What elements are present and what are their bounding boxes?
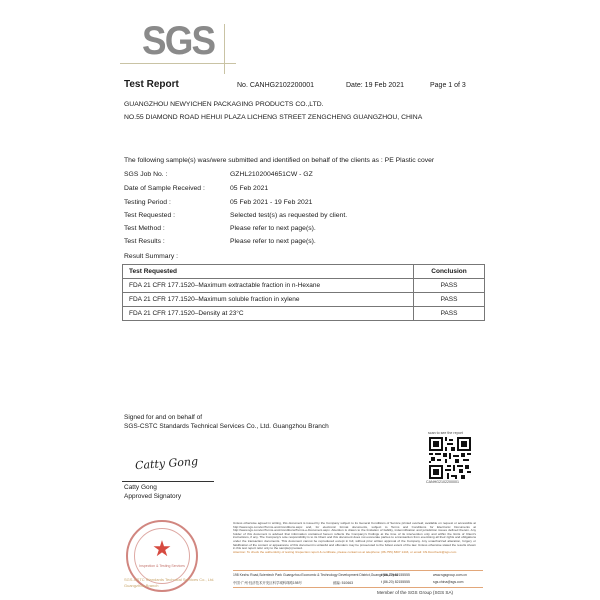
field-test-method: Test Method : Please refer to next page(…	[124, 225, 484, 235]
field-label: Testing Period :	[124, 199, 171, 206]
sgs-member-note: Member of the SGS Group (SGS SA)	[377, 590, 453, 595]
field-label: Test Method :	[124, 225, 165, 232]
signer-name: Catty Gong	[124, 483, 181, 492]
page-indicator: Page 1 of 3	[430, 82, 466, 89]
client-name: GUANGZHOU NEWYICHEN PACKAGING PRODUCTS C…	[124, 101, 324, 108]
report-title: Test Report	[124, 79, 179, 90]
report-header: Test Report No. CANHG2102200001 Date: 19…	[124, 81, 484, 95]
header-conclusion: Conclusion	[414, 265, 485, 279]
field-label: Test Results :	[124, 238, 165, 245]
footer-divider	[233, 570, 483, 571]
qr-code-icon[interactable]	[428, 437, 472, 479]
footer-email[interactable]: sgs.china@sgs.com	[433, 580, 463, 584]
qr-caption-top: scan to see the report	[428, 431, 463, 435]
field-label: SGS Job No. :	[124, 171, 167, 178]
qr-caption-bottom: CANHG2102200001	[426, 480, 459, 484]
legal-disclaimer: Unless otherwise agreed in writing, this…	[233, 522, 476, 554]
footer-phone-cn: t (86-20) 82155555	[381, 580, 410, 584]
seal-text: Inspection & Testing Services	[128, 564, 196, 569]
test-name: FDA 21 CFR 177.1520–Maximum soluble frac…	[123, 293, 414, 307]
field-label: Test Requested :	[124, 212, 175, 219]
handwritten-signature: Catty Gong	[135, 455, 199, 472]
report-number: No. CANHG2102200001	[237, 82, 314, 89]
result-summary-table: Test Requested Conclusion FDA 21 CFR 177…	[122, 264, 485, 321]
sgs-logo: SGS	[142, 18, 232, 64]
field-label: Date of Sample Received :	[124, 185, 205, 192]
field-test-requested: Test Requested : Selected test(s) as req…	[124, 212, 484, 222]
seal-footer: SGS-CSTC Standards Technical Services Co…	[124, 577, 234, 589]
footer-phone: t (86-20) 82155555	[381, 573, 410, 577]
client-address: NO.55 DIAMOND ROAD HEHUI PLAZA LICHENG S…	[124, 114, 422, 121]
signing-company: SGS-CSTC Standards Technical Services Co…	[124, 422, 329, 431]
header-test-requested: Test Requested	[123, 265, 414, 279]
field-value: Please refer to next page(s).	[230, 225, 316, 232]
report-date: Date: 19 Feb 2021	[346, 82, 404, 89]
result-summary-label: Result Summary :	[124, 253, 178, 260]
test-name: FDA 21 CFR 177.1520–Maximum extractable …	[123, 279, 414, 293]
table-header-row: Test Requested Conclusion	[123, 265, 485, 279]
table-row: FDA 21 CFR 177.1520–Density at 23°C PASS	[123, 307, 485, 321]
table-row: FDA 21 CFR 177.1520–Maximum extractable …	[123, 279, 485, 293]
logo-crosshair-horizontal	[120, 63, 236, 64]
field-testing-period: Testing Period : 05 Feb 2021 - 19 Feb 20…	[124, 199, 484, 209]
star-icon: ★	[128, 538, 196, 560]
footer-row-english: 198 Kezhu Road,Scientech Park Guangzhou …	[233, 573, 483, 579]
footer-address: 198 Kezhu Road,Scientech Park Guangzhou …	[233, 573, 398, 577]
field-value: 05 Feb 2021 - 19 Feb 2021	[230, 199, 312, 206]
field-job-no: SGS Job No. : GZHL2102004651CW - GZ	[124, 171, 484, 181]
field-value: 05 Feb 2021	[230, 185, 268, 192]
signed-for-block: Signed for and on behalf of SGS-CSTC Sta…	[124, 413, 329, 431]
signed-for-text: Signed for and on behalf of	[124, 413, 329, 422]
footer-divider-bottom	[233, 587, 483, 588]
sgs-logo-text: SGS	[142, 18, 214, 64]
seal-footer-line2: Guangzhou Branch	[124, 583, 234, 589]
signer-role: Approved Signatory	[124, 492, 181, 501]
table-row: FDA 21 CFR 177.1520–Maximum soluble frac…	[123, 293, 485, 307]
test-name: FDA 21 CFR 177.1520–Density at 23°C	[123, 307, 414, 321]
field-value: GZHL2102004651CW - GZ	[230, 171, 313, 178]
authenticity-warning: Attention: To check the authenticity of …	[233, 551, 476, 555]
signature-line	[122, 481, 214, 482]
signer-block: Catty Gong Approved Signatory	[124, 483, 181, 501]
disclaimer-text: Unless otherwise agreed in writing, this…	[233, 521, 476, 550]
field-value: Selected test(s) as requested by client.	[230, 212, 347, 219]
footer-row-chinese: 中国·广州·经济技术开发区科学城科珠路198号 邮编: 510663 t (86…	[233, 580, 483, 586]
logo-crosshair-vertical	[224, 24, 225, 74]
test-conclusion: PASS	[414, 307, 485, 321]
footer-postcode-cn: 邮编: 510663	[333, 580, 353, 585]
footer-web[interactable]: www.sgsgroup.com.cn	[433, 573, 467, 577]
test-conclusion: PASS	[414, 293, 485, 307]
field-date-received: Date of Sample Received : 05 Feb 2021	[124, 185, 484, 195]
field-test-results: Test Results : Please refer to next page…	[124, 238, 484, 248]
footer-address-cn: 中国·广州·经济技术开发区科学城科珠路198号	[233, 580, 302, 585]
test-conclusion: PASS	[414, 279, 485, 293]
sample-intro: The following sample(s) was/were submitt…	[124, 157, 434, 164]
field-value: Please refer to next page(s).	[230, 238, 316, 245]
